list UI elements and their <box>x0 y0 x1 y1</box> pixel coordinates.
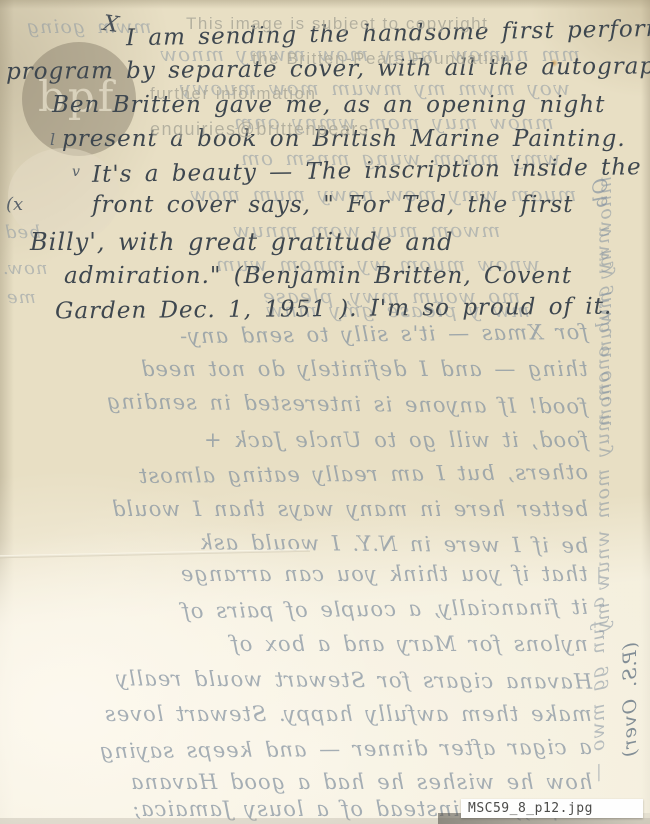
bleedthrough-line: nylons for Mary and a box of <box>230 632 588 656</box>
letter-mark: (x <box>6 194 23 215</box>
bleedthrough-line: food, it will go to Uncle Jack + <box>203 428 589 452</box>
bleedthrough-fragment: me <box>6 287 36 308</box>
letter-mark: v <box>72 164 80 180</box>
letter-line: Garden Dec. 1, 1951 ). I'm so proud of i… <box>55 294 612 325</box>
bleedthrough-line: it financially, a couple of pairs of <box>181 595 588 623</box>
letter-mark: l <box>50 130 55 149</box>
bleedthrough-line: better here in many ways than I would <box>111 497 588 521</box>
scanned-letter-page: bpf mwm goingmm numow many mow mwmy mnow… <box>0 0 650 824</box>
bleedthrough-line: make them awfully happy. Stewart loves <box>104 702 592 726</box>
copyright-watermark-line: enquiries@brittenpears <box>150 119 369 140</box>
bleedthrough-fragment: now. <box>2 258 47 279</box>
bleedthrough-line: that if you think you can arrange <box>180 562 588 586</box>
copyright-watermark-line: the Britten-Pears Foundation <box>252 49 511 69</box>
letter-line: Billy', with great gratitude and <box>30 228 454 256</box>
margin-bleedthrough-line: (P.S. Over) <box>619 630 641 770</box>
bleedthrough-line: Havana cigars for Stewart would really <box>115 666 592 693</box>
bleedthrough-line: others, but I am really eating almost <box>138 460 588 488</box>
filename-label: MSC59_8_p12.jpg <box>461 799 643 818</box>
copyright-watermark-line: further information <box>150 84 316 104</box>
letter-line: Ben Britten gave me, as an opening night <box>52 92 605 118</box>
letter-mark: X <box>101 11 120 38</box>
bleedthrough-line: thing — and I definitely do not need <box>140 357 588 381</box>
letter-line: front cover says, " For Ted, the first <box>92 192 573 218</box>
bleedthrough-line: be if I were in N.Y. I would ask <box>199 530 589 557</box>
copyright-watermark-line: This image is subject to copyright <box>186 14 488 34</box>
bleedthrough-line: food! If anyone is interested in sending <box>106 389 588 418</box>
bleedthrough-line: a cigar after dinner — and keeps saying <box>99 735 592 763</box>
bleedthrough-line: for Xmas — it's silly to send any- <box>179 320 588 348</box>
bleedthrough-line: how he wishes he had a good Havana <box>130 770 592 794</box>
filename-text: MSC59_8_p12.jpg <box>461 801 593 816</box>
letter-line: admiration." (Benjamin Britten, Covent <box>64 263 572 289</box>
margin-bleedthrough-line: — a fun gg mwo — <box>587 566 609 766</box>
